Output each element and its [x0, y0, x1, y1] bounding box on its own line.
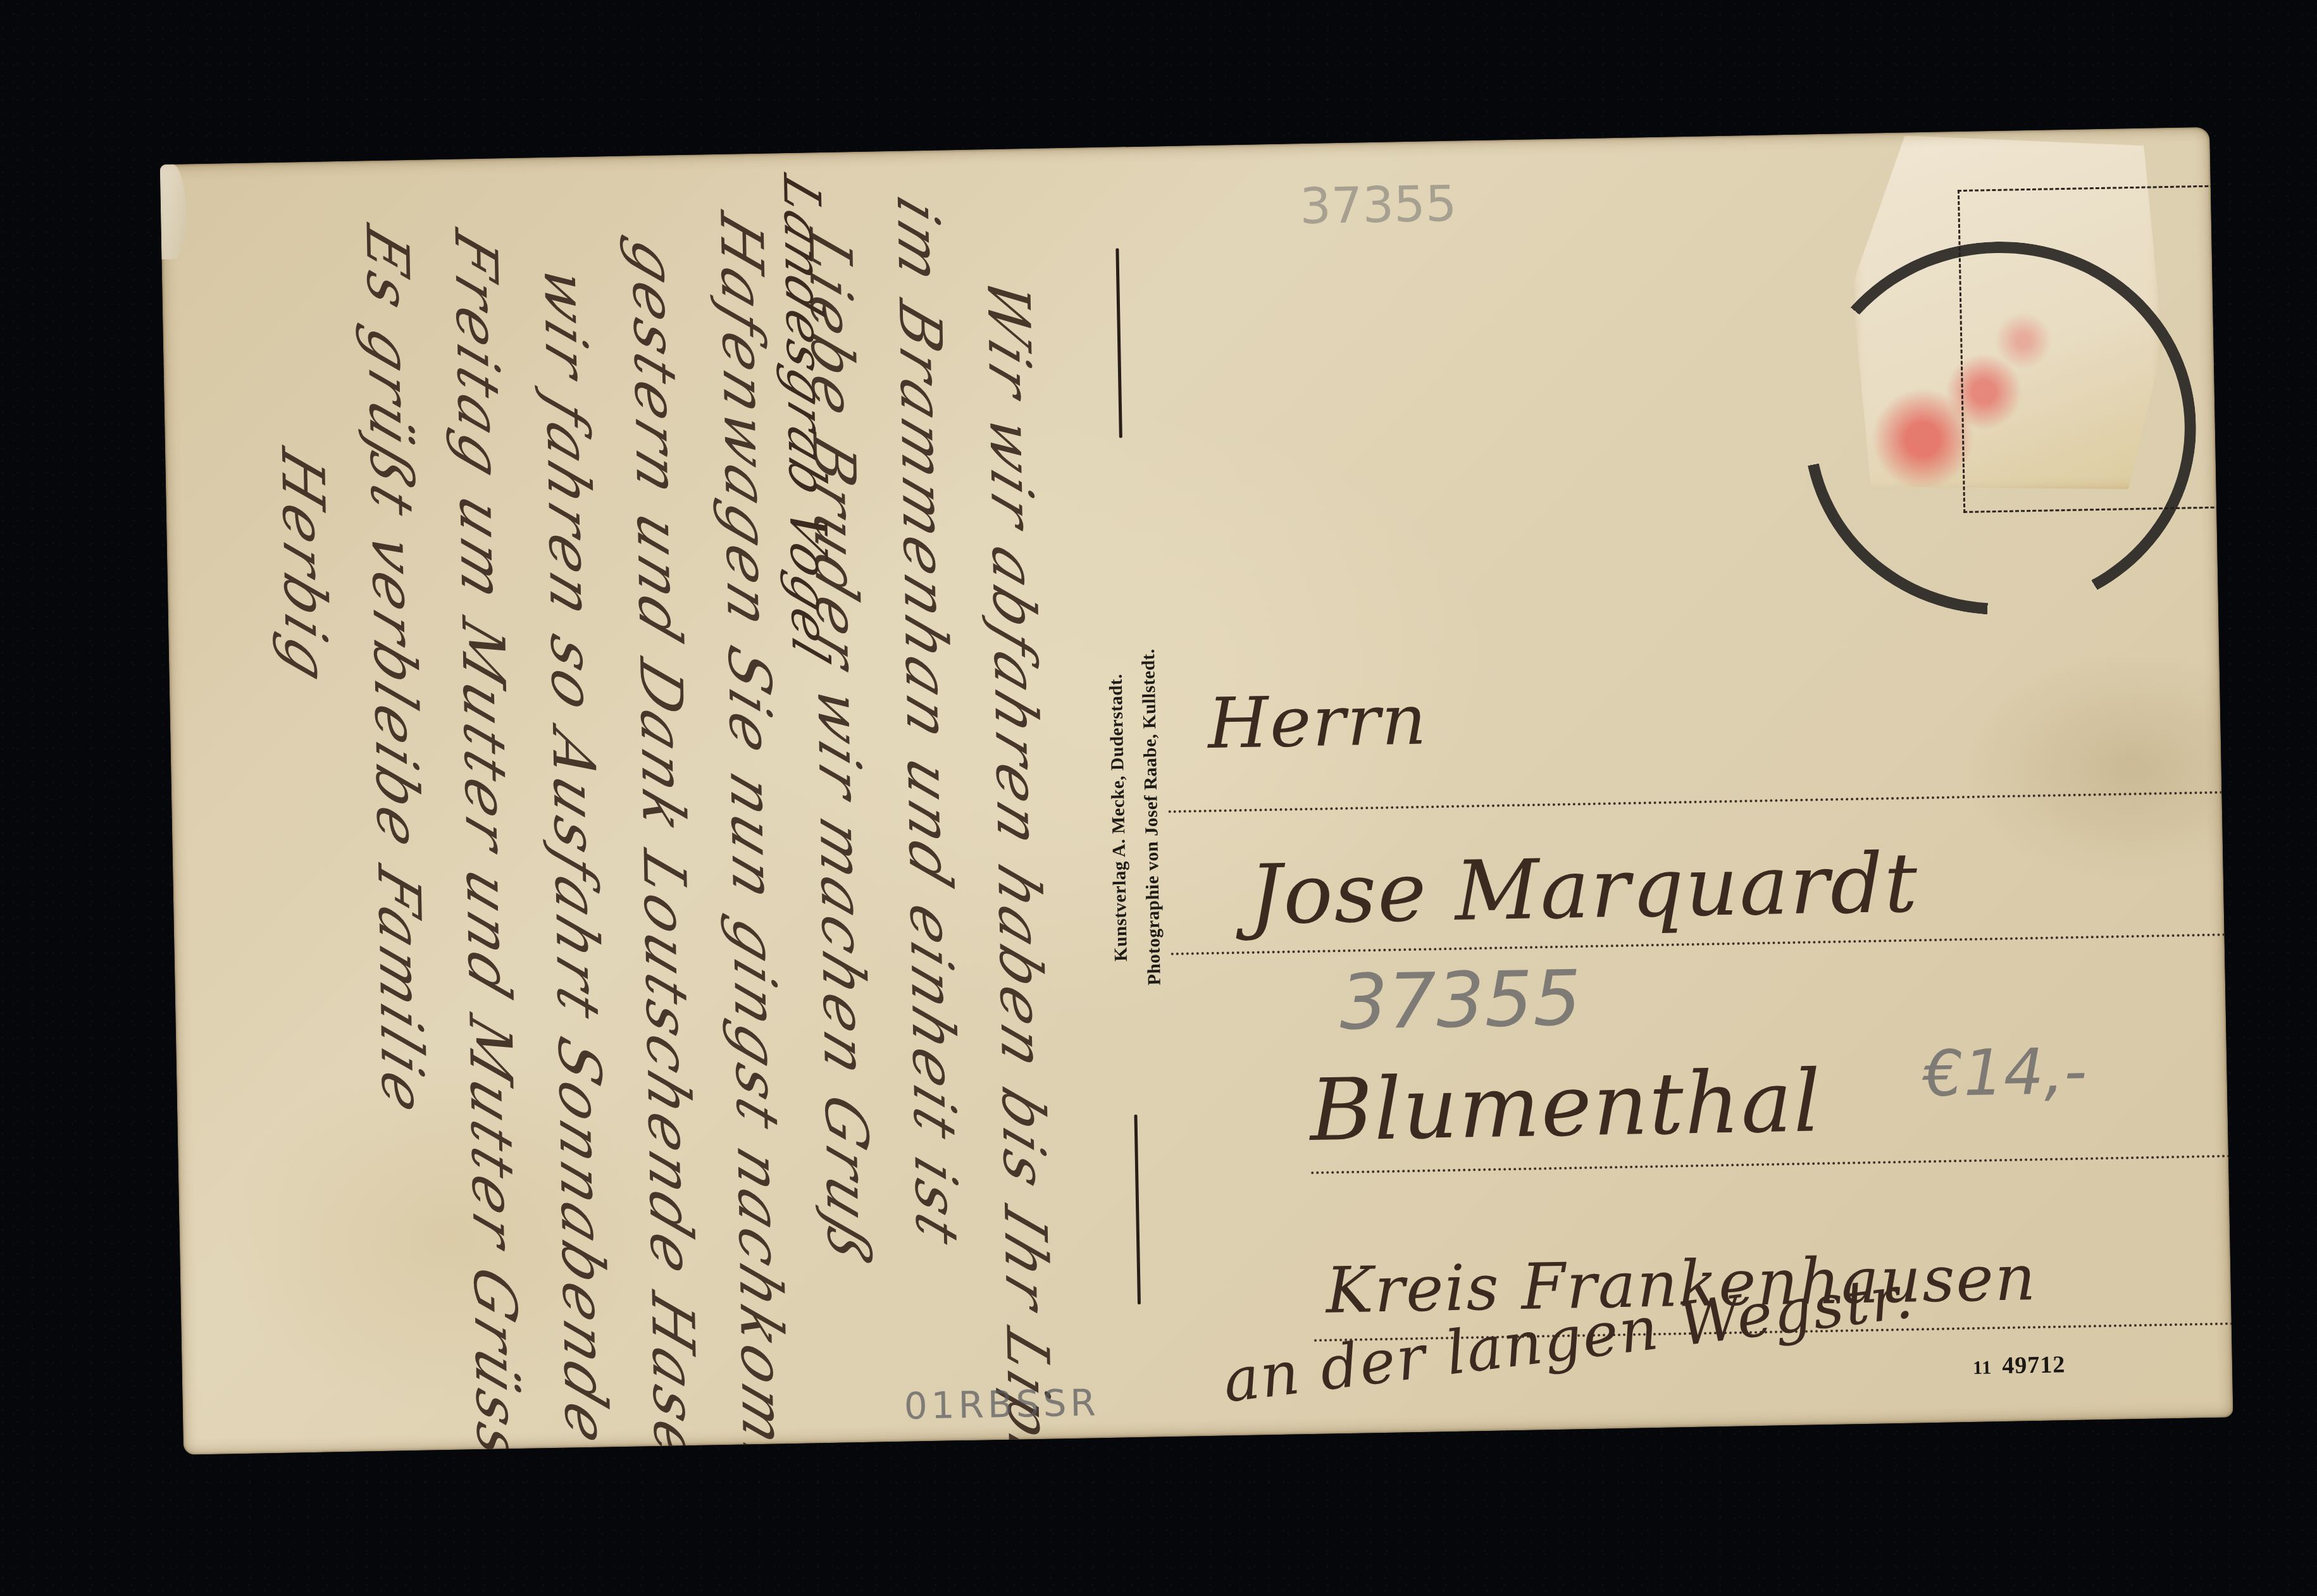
message-signature: Herbig: [268, 440, 340, 695]
message-line: gestern und Dank Loutschende Hasen: [619, 231, 710, 1455]
pencil-number-middle: 37355: [1339, 955, 1582, 1047]
message-line: im Brammenhan und einheit ist: [884, 189, 971, 1258]
address-salutation: Herrn: [1207, 679, 1428, 764]
serial-prefix: 11: [1973, 1357, 1992, 1378]
handwritten-message: Wir wir abfahren haben bis Ihr Lipl im B…: [223, 173, 1068, 1390]
corner-crease: [160, 164, 187, 259]
divider-top: [1115, 248, 1122, 438]
postcard: Wir wir abfahren haben bis Ihr Lipl im B…: [160, 127, 2233, 1455]
serial-value: 49712: [2002, 1351, 2066, 1379]
pencil-price-mark: €14,-: [1922, 1034, 2087, 1111]
address-line-1: [1169, 791, 2233, 813]
message-line: Freitag um Mutter und Mutter Grüsse: [441, 221, 532, 1454]
message-line: Wir wir abfahren haben bis Ihr Lipl: [974, 269, 1064, 1455]
pencil-number-top: 37355: [1299, 176, 1457, 236]
address-town: Blumenthal: [1309, 1051, 1823, 1160]
divider-bottom: [1134, 1115, 1140, 1304]
publisher-imprint: Kunstverlag A. Mecke, Duderstadt. Photog…: [1096, 500, 1174, 1134]
address-name: Jose Marquardt: [1248, 834, 1920, 943]
message-top-line: Landesgrab Vogel: [772, 168, 840, 671]
message-line: wir fahren so Ausfahrt Sonnabende: [531, 258, 621, 1455]
message-line: Es grüßt verbleibe Familie: [352, 217, 437, 1127]
pencil-archive-code: 01RBSSR: [904, 1381, 1100, 1428]
serial-number: 1149712: [1973, 1351, 2066, 1380]
